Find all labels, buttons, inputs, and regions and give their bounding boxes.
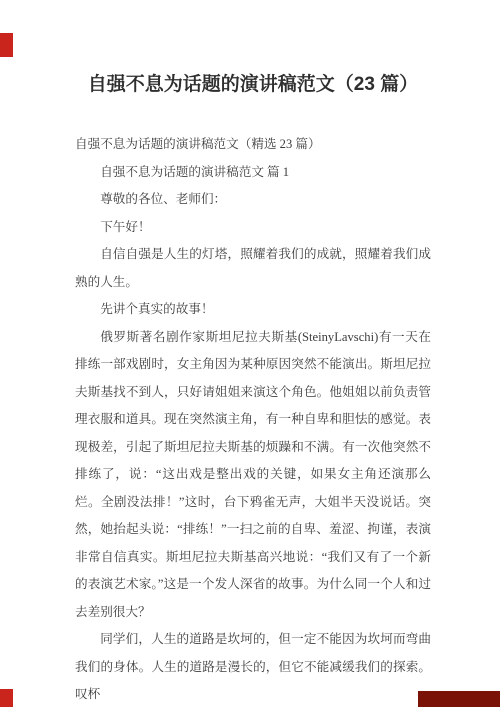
paragraph: 自信自强是人生的灯塔，照耀着我们的成就，照耀着我们成熟的人生。 — [75, 241, 431, 296]
document-page: 自强不息为话题的演讲稿范文（23 篇） 自强不息为话题的演讲稿范文（精选 23 … — [0, 0, 500, 707]
scan-artifact-top-left — [0, 33, 13, 57]
document-body: 自强不息为话题的演讲稿范文（精选 23 篇）自强不息为话题的演讲稿范文 篇 1尊… — [75, 131, 431, 707]
paragraph: 同学们，人生的道路是坎坷的，但一定不能因为坎坷而弯曲我们的身体。人生的道路是漫长… — [75, 626, 431, 707]
paragraph: 自强不息为话题的演讲稿范文（精选 23 篇） — [75, 131, 431, 159]
paragraph: 自强不息为话题的演讲稿范文 篇 1 — [75, 159, 431, 187]
paragraph: 先讲个真实的故事！ — [75, 296, 431, 324]
paragraph: 尊敬的各位、老师们： — [75, 186, 431, 214]
document-content: 自强不息为话题的演讲稿范文（23 篇） 自强不息为话题的演讲稿范文（精选 23 … — [75, 70, 431, 707]
paragraph: 下午好！ — [75, 214, 431, 242]
scan-artifact-bottom-left — [0, 689, 13, 707]
paragraph: 俄罗斯著名剧作家斯坦尼拉夫斯基(SteinyLavschi)有一天在排练一部戏剧… — [75, 324, 431, 627]
document-title: 自强不息为话题的演讲稿范文（23 篇） — [75, 70, 431, 100]
